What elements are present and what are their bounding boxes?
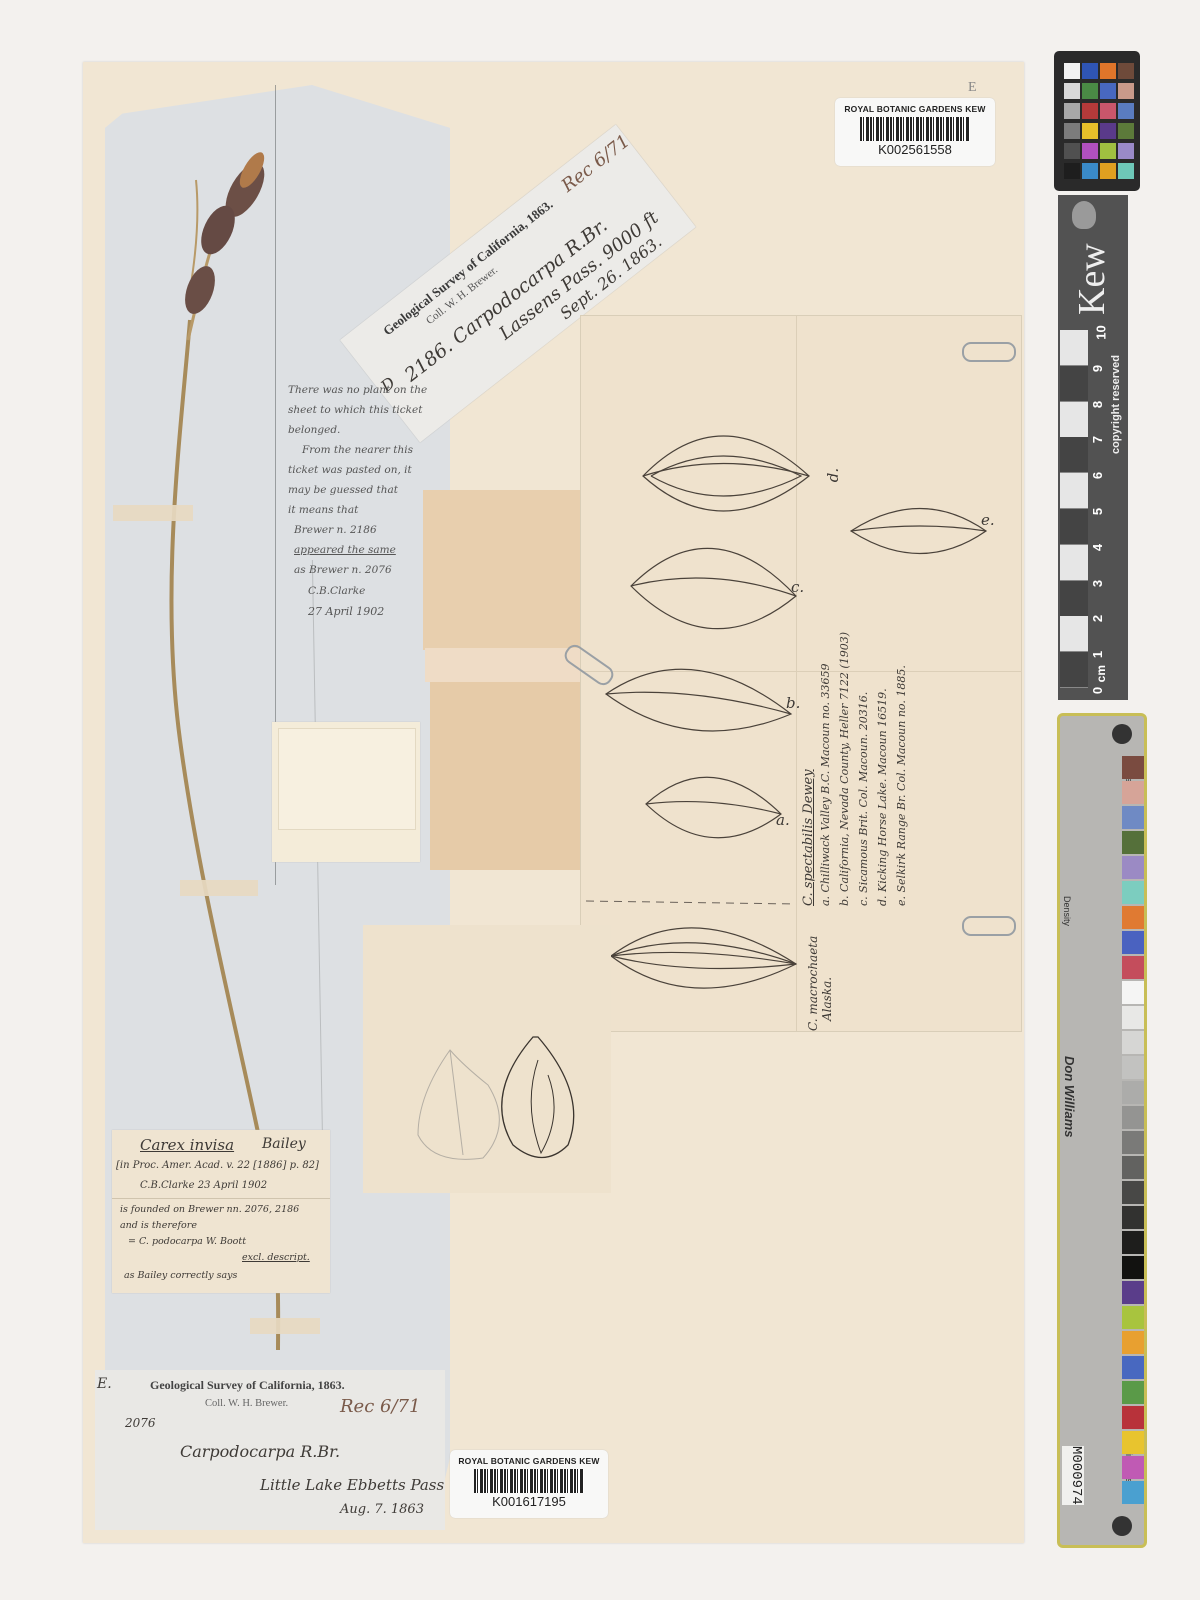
ruler-tick-label: 4 [1090,544,1105,551]
brand-label: Don Williams [1062,1056,1077,1138]
mounting-tape [250,1318,320,1334]
calibration-patch [1122,981,1144,1004]
det-note: = C. podocarpa W. Boott [128,1236,246,1247]
det-by: C.B.Clarke 23 April 1902 [140,1180,267,1191]
color-swatch [1100,123,1116,139]
envelope-flap [278,728,416,830]
ruler-cell [1060,652,1088,688]
color-swatch [1100,103,1116,119]
ruler-cell [1060,402,1088,438]
color-swatch [1064,83,1080,99]
side-note: C. macrochaeta Alaska. [806,936,834,1031]
color-swatch [1064,123,1080,139]
ruler-tick-label: 8 [1090,400,1105,407]
paperclip-icon [962,342,1016,362]
label-letter: E. [97,1376,112,1392]
ruler-cell [1060,581,1088,617]
barcode-number: K002561558 [835,142,995,157]
kew-logo: Kew [1070,243,1114,315]
packet-fold [425,648,583,682]
color-swatch [1118,83,1134,99]
copyright-text: copyright reserved [1110,355,1122,454]
color-swatch [1118,163,1134,179]
calibration-patch [1122,1381,1144,1404]
ruler-cell [1060,473,1088,509]
figure-label-b: b. [786,694,800,712]
det-note: and is therefore [120,1220,197,1231]
ruler-tick-label: 10 [1094,325,1109,339]
ruler-tick-label: 0 [1090,687,1105,694]
entry-e: e. Selkirk Range Br. Col. Macoun no. 188… [892,632,911,906]
color-swatch [1082,103,1098,119]
species-annotation: C. spectabilis Dewey a. Chilliwack Valle… [801,632,911,906]
color-swatch [1064,103,1080,119]
kew-crest-icon [1072,201,1096,229]
label-date: Aug. 7. 1863 [340,1502,424,1517]
det-ref: [in Proc. Amer. Acad. v. 22 [1886] p. 82… [116,1160,319,1171]
received-stamp: Rec 6/71 [340,1396,420,1417]
ruler-cell [1060,330,1088,366]
figure-label-c: c. [791,578,804,596]
calibration-patch [1122,1056,1144,1079]
ruler-tick-label: 3 [1090,579,1105,586]
figure-label-d: d. [824,468,842,482]
color-swatch [1064,143,1080,159]
label-name: Carpodocarpa R.Br. [180,1442,340,1461]
color-calibration-bar: inches Density Don Williams M000974 cent… [1057,713,1147,1548]
mounting-tape [113,505,193,521]
note-line: There was no plant on the [288,380,468,400]
color-swatch [1064,163,1080,179]
calibration-patch [1122,956,1144,979]
ruler-cell [1060,437,1088,473]
color-swatch [1082,123,1098,139]
color-swatch [1118,63,1134,79]
calibration-patch [1122,1431,1144,1454]
calibration-patch [1122,806,1144,829]
color-swatch [1100,83,1116,99]
calibration-patch [1122,831,1144,854]
calibration-patch [1122,1256,1144,1279]
barcode-icon [860,117,970,141]
collection-label-bottom: E. Geological Survey of California, 1863… [95,1370,445,1530]
calibration-patch [1122,1206,1144,1229]
registration-dot-icon [1112,724,1132,744]
calibration-patch [1122,1131,1144,1154]
ruler-cells [1060,330,1088,688]
det-note: as Bailey correctly says [124,1270,237,1281]
sketch-sheet [363,925,611,1193]
note-line: belonged. [288,420,468,440]
color-swatch [1100,63,1116,79]
barcode-org: ROYAL BOTANIC GARDENS KEW [835,104,995,114]
ruler-tick-label: 2 [1090,615,1105,622]
calibration-patch [1122,1156,1144,1179]
ruler-tick-label: 7 [1090,436,1105,443]
ruler-tick-label: 1 [1090,651,1105,658]
unit-label: cm [1094,665,1108,682]
determination-slip: Carex invisa Bailey [in Proc. Amer. Acad… [112,1130,330,1293]
ruler-cell [1060,616,1088,652]
slip-divider [112,1198,330,1199]
calibration-patch [1122,881,1144,904]
barcode-number: K001617195 [450,1494,608,1509]
calibration-patch [1122,1456,1144,1479]
figure-label-a: a. [776,811,790,829]
fragment-packet-top [423,490,583,650]
paperclip-icon [962,916,1016,936]
calibration-patch [1122,1331,1144,1354]
label-printed-title: Geological Survey of California, 1863. [150,1378,345,1393]
color-swatch [1118,123,1134,139]
calibration-patch [1122,1481,1144,1504]
ruler-tick-label: 5 [1090,508,1105,515]
calibration-patch [1122,931,1144,954]
ruler-cell [1060,545,1088,581]
calibration-patch [1122,1106,1144,1129]
mounting-tape [180,880,258,896]
color-checker-card [1054,51,1140,191]
det-note: is founded on Brewer nn. 2076, 2186 [120,1204,299,1215]
species-title: C. spectabilis Dewey [801,632,816,906]
calibration-patch [1122,1356,1144,1379]
note-line: sheet to which this ticket [288,400,468,420]
barcode-icon [474,1469,584,1493]
calibration-patch [1122,1081,1144,1104]
calibration-patch [1122,856,1144,879]
calibration-patch [1122,1231,1144,1254]
det-note: excl. descript. [242,1252,310,1263]
label-number: 2076 [125,1416,156,1430]
label-printed-collector: Coll. W. H. Brewer. [205,1398,288,1409]
color-swatch [1082,163,1098,179]
kew-scale-bar: Kew 109876543210 copyright reserved cm [1058,195,1128,700]
note-line: From the nearer this [288,440,468,460]
color-swatch [1100,143,1116,159]
barcode-org: ROYAL BOTANIC GARDENS KEW [450,1456,608,1466]
color-swatch [1118,143,1134,159]
color-swatch [1100,163,1116,179]
entry-c: c. Sicamous Brit. Col. Macoun. 20316. [854,632,873,906]
color-swatch [1082,83,1098,99]
calibration-patch [1122,756,1144,779]
entry-a: a. Chilliwack Valley B.C. Macoun no. 336… [816,632,835,906]
calibration-patch [1122,1281,1144,1304]
fragment-packet-bottom [430,680,580,870]
color-swatch [1064,63,1080,79]
ruler-tick-label: 9 [1090,365,1105,372]
bar-id: M000974 [1062,1446,1084,1505]
drawing-sheet: d. c. e. b. a. C. spectabilis Dewey a. C… [580,315,1022,1032]
barcode-label-top: ROYAL BOTANIC GARDENS KEW K002561558 [835,98,995,166]
calibration-patch [1122,906,1144,929]
figure-label-e: e. [981,511,995,529]
ruler-cell [1060,509,1088,545]
pencil-sketch [363,925,611,1193]
note-line: ticket was pasted on, it [288,460,468,480]
envelope [272,722,420,862]
det-name: Carex invisa [140,1136,234,1154]
color-swatch [1082,63,1098,79]
calibration-patch [1122,1406,1144,1429]
label-locality: Little Lake Ebbetts Pass [260,1476,444,1494]
color-swatch [1082,143,1098,159]
det-author: Bailey [262,1136,306,1152]
density-label: Density [1062,896,1072,926]
ruler-tick-label: 6 [1090,472,1105,479]
calibration-patch [1122,1006,1144,1029]
calibration-patch [1122,1181,1144,1204]
color-swatch [1118,103,1134,119]
calibration-patch [1122,1306,1144,1329]
corner-mark: E [968,80,977,96]
calibration-patch [1122,1031,1144,1054]
calibration-patch [1122,781,1144,804]
entry-b: b. California, Nevada County, Heller 712… [835,632,854,906]
registration-dot-icon [1112,1516,1132,1536]
ruler-cell [1060,366,1088,402]
barcode-label-bottom: ROYAL BOTANIC GARDENS KEW K001617195 [450,1450,608,1518]
entry-d: d. Kicking Horse Lake. Macoun 16519. [873,632,892,906]
